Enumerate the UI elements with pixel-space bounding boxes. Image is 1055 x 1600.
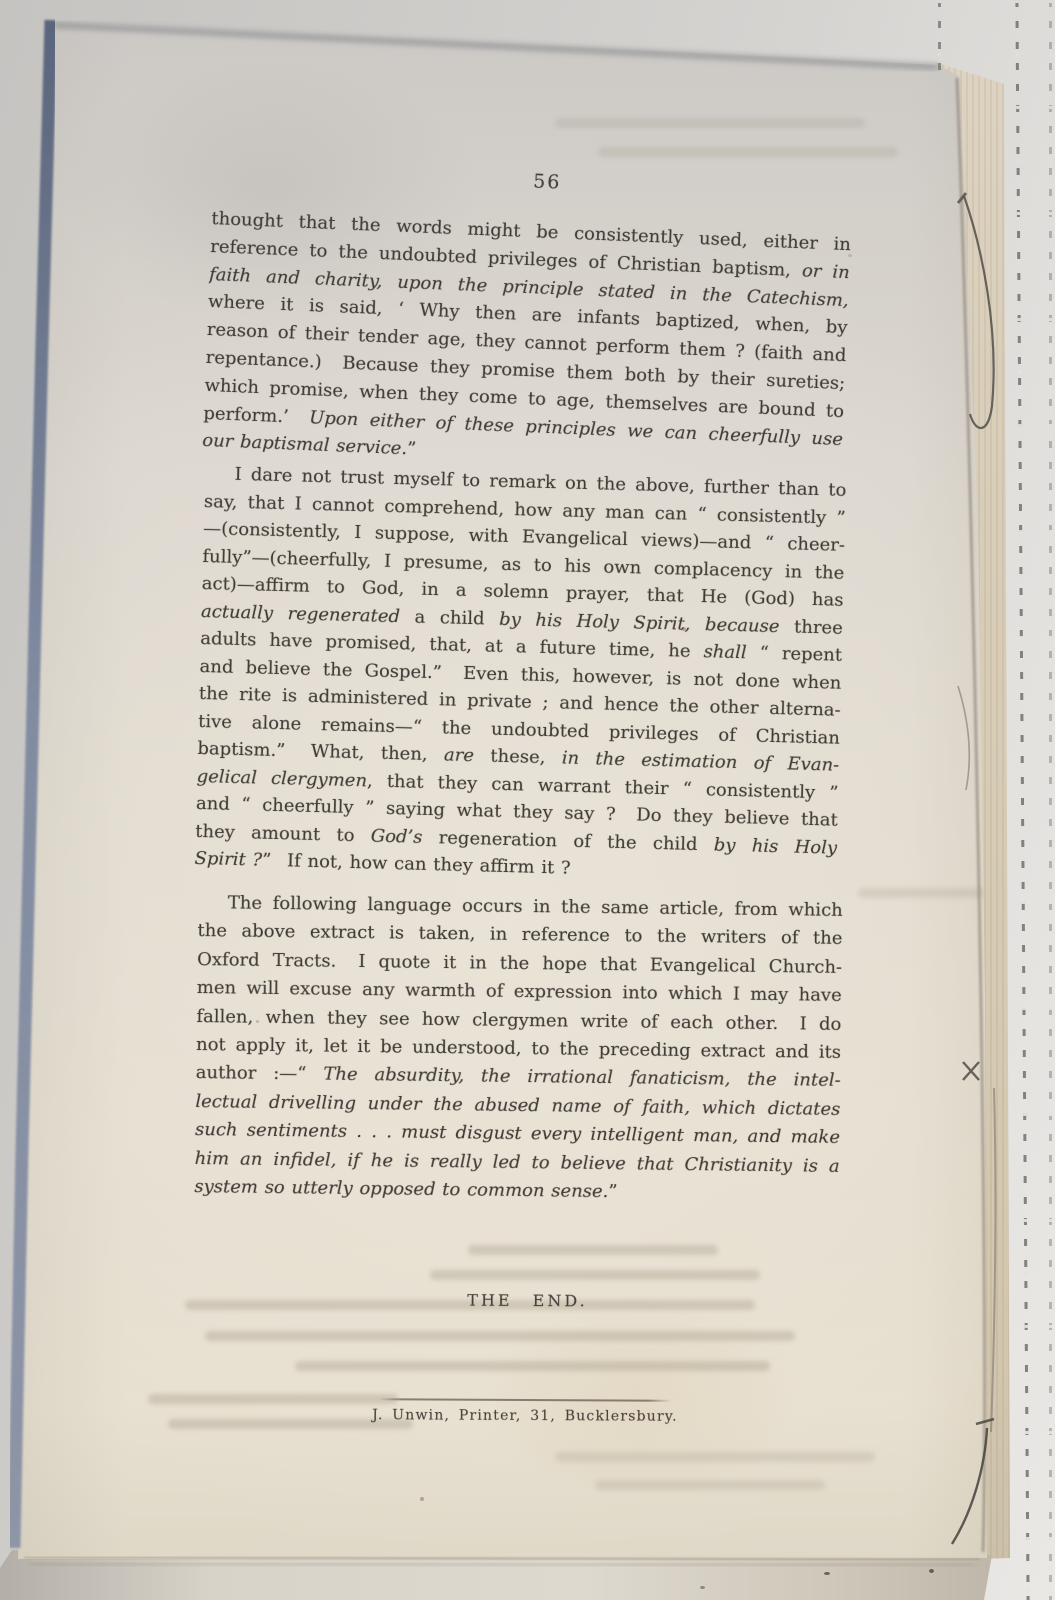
bleed-through-line (555, 118, 865, 128)
stitch-marks (1049, 0, 1052, 1600)
book-page: 56 thought that the words might be consi… (0, 0, 1055, 1600)
body-text: regeneration of the child (422, 826, 714, 855)
italic-text: system so utterly opposed to common sens… (194, 1176, 608, 1202)
body-text: “ repent (746, 642, 842, 665)
printer-imprint-text: J. Unwin, Printer, 31, Bucklersbury. (200, 1406, 850, 1425)
bleed-through-line (595, 1480, 825, 1490)
book-photo-scene: 56 thought that the words might be consi… (0, 0, 1055, 1600)
body-text: baptism.” What, then, (197, 738, 444, 765)
body-text: fallen, when they see how clergymen writ… (196, 1006, 841, 1035)
body-text: ” (608, 1181, 617, 1202)
body-text: author :—“ (196, 1062, 324, 1085)
body-text: Oxford Tracts. I quote it in the hope th… (197, 949, 842, 978)
italic-text: gelical clergymen (196, 765, 367, 790)
body-text: men will excuse any warmth of expression… (197, 977, 842, 1006)
bleed-through-line (858, 888, 986, 898)
italic-text: by his Holy Spirit, (499, 608, 691, 634)
italic-text: because (705, 614, 780, 637)
italic-text: by his Holy (714, 834, 838, 858)
edge-speck (700, 1586, 705, 1589)
italic-text: him an infidel, if he is really led to b… (195, 1147, 840, 1176)
paragraph: thought that the words might be consiste… (202, 205, 852, 481)
paragraph: I dare not trust myself to remark on the… (194, 460, 847, 889)
body-text: perform.’ (203, 402, 310, 427)
foxing-spot (420, 1497, 424, 1501)
body-text: ” (407, 439, 417, 460)
paragraph: The following language occurs in the sam… (194, 889, 843, 1209)
italic-text: are (444, 744, 475, 766)
bleed-through-line (205, 1331, 795, 1341)
body-text: ” If not, how can they affirm it ? (262, 850, 571, 879)
italic-text: The absurdity, the irrational fanaticism… (323, 1064, 841, 1091)
body-text: not apply it, let it be understood, to t… (196, 1034, 841, 1063)
italic-text: lectual drivelling under the abused name… (195, 1091, 840, 1120)
body-text: they amount to (195, 820, 371, 846)
italic-text: shall (703, 641, 747, 663)
edge-speck (824, 1572, 830, 1575)
italic-text: such sentiments . . . must disgust every… (195, 1119, 840, 1148)
bleed-through-line (598, 147, 898, 157)
italic-text: our baptismal service. (202, 430, 408, 459)
stitch-marks (938, 0, 941, 72)
page-stain (470, 1290, 800, 1500)
body-text: a child (400, 606, 500, 630)
italic-text: or in (802, 260, 851, 283)
italic-text: actually regenerated (201, 600, 401, 626)
printer-imprint: J. Unwin, Printer, 31, Bucklersbury. (200, 1397, 850, 1425)
bleed-through-line (468, 1245, 718, 1255)
body-text (690, 613, 705, 634)
bleed-through-line (430, 1270, 760, 1280)
bleed-through-line (555, 1452, 875, 1462)
printer-rule (379, 1398, 671, 1402)
body-text: three (779, 616, 843, 639)
body-text: the above extract is taken, in reference… (197, 920, 842, 949)
italic-text: God’s (371, 825, 423, 847)
body-text: The following language occurs in the sam… (228, 892, 843, 921)
edge-speck (929, 1569, 934, 1573)
stitch-marks (1015, 0, 1029, 1600)
italic-text: Spirit ? (194, 848, 262, 871)
bleed-through-line (295, 1361, 770, 1371)
italic-text: in the estimation of Evan- (562, 747, 840, 775)
body-text: these, (474, 745, 562, 768)
